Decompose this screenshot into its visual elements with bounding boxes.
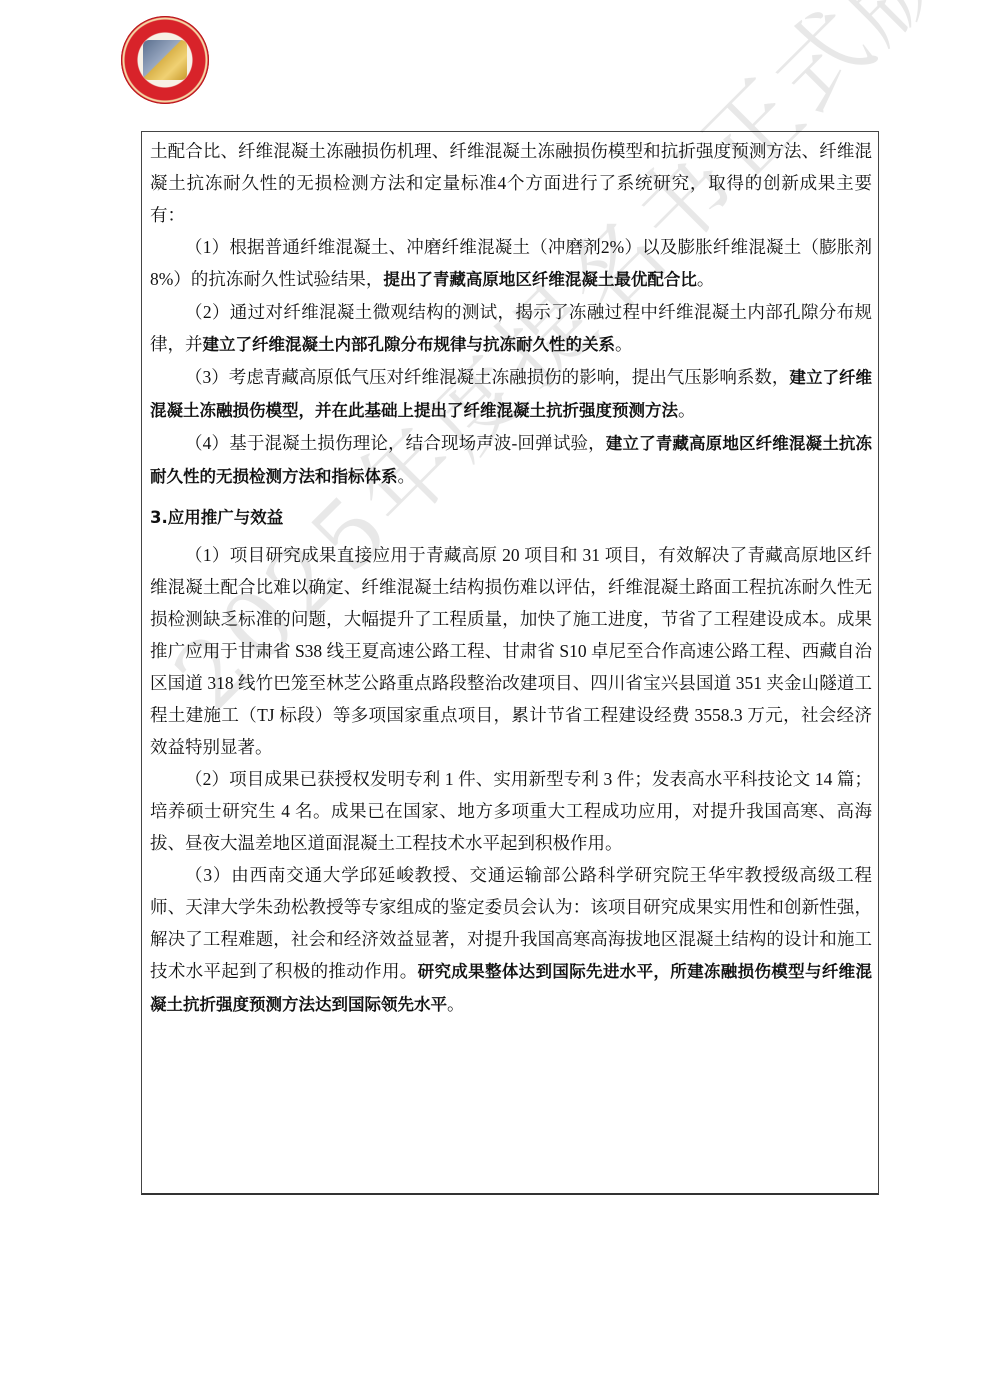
organization-seal-icon (121, 16, 209, 104)
section-heading-application: 3.应用推广与效益 (150, 501, 872, 535)
innovation-item-1: （1）根据普通纤维混凝土、冲磨纤维混凝土（冲磨剂2%）以及膨胀纤维混凝土（膨胀剂… (150, 231, 872, 296)
application-paragraph-1: （1）项目研究成果直接应用于青藏高原 20 项目和 31 项目，有效解决了青藏高… (150, 539, 872, 763)
innovation-intro: 土配合比、纤维混凝土冻融损伤机理、纤维混凝土冻融损伤模型和抗折强度预测方法、纤维… (150, 135, 872, 231)
innovation-item-2: （2）通过对纤维混凝土微观结构的测试，揭示了冻融过程中纤维混凝土内部孔隙分布规律… (150, 296, 872, 361)
document-body: 土配合比、纤维混凝土冻融损伤机理、纤维混凝土冻融损伤模型和抗折强度预测方法、纤维… (150, 135, 872, 1021)
seal-emblem-icon (143, 40, 187, 80)
application-paragraph-3: （3）由西南交通大学邱延峻教授、交通运输部公路科学研究院王华牢教授级高级工程师、… (150, 859, 872, 1021)
application-paragraph-2: （2）项目成果已获授权发明专利 1 件、实用新型专利 3 件；发表高水平科技论文… (150, 763, 872, 859)
innovation-item-4: （4）基于混凝土损伤理论，结合现场声波-回弹试验，建立了青藏高原地区纤维混凝土抗… (150, 427, 872, 493)
innovation-item-1-highlight: 提出了青藏高原地区纤维混凝土最优配合比 (383, 270, 697, 289)
innovation-item-2-highlight: 建立了纤维混凝土内部孔隙分布规律与抗冻耐久性的关系 (203, 335, 616, 354)
innovation-item-3: （3）考虑青藏高原低气压对纤维混凝土冻融损伤的影响，提出气压影响系数，建立了纤维… (150, 361, 872, 427)
